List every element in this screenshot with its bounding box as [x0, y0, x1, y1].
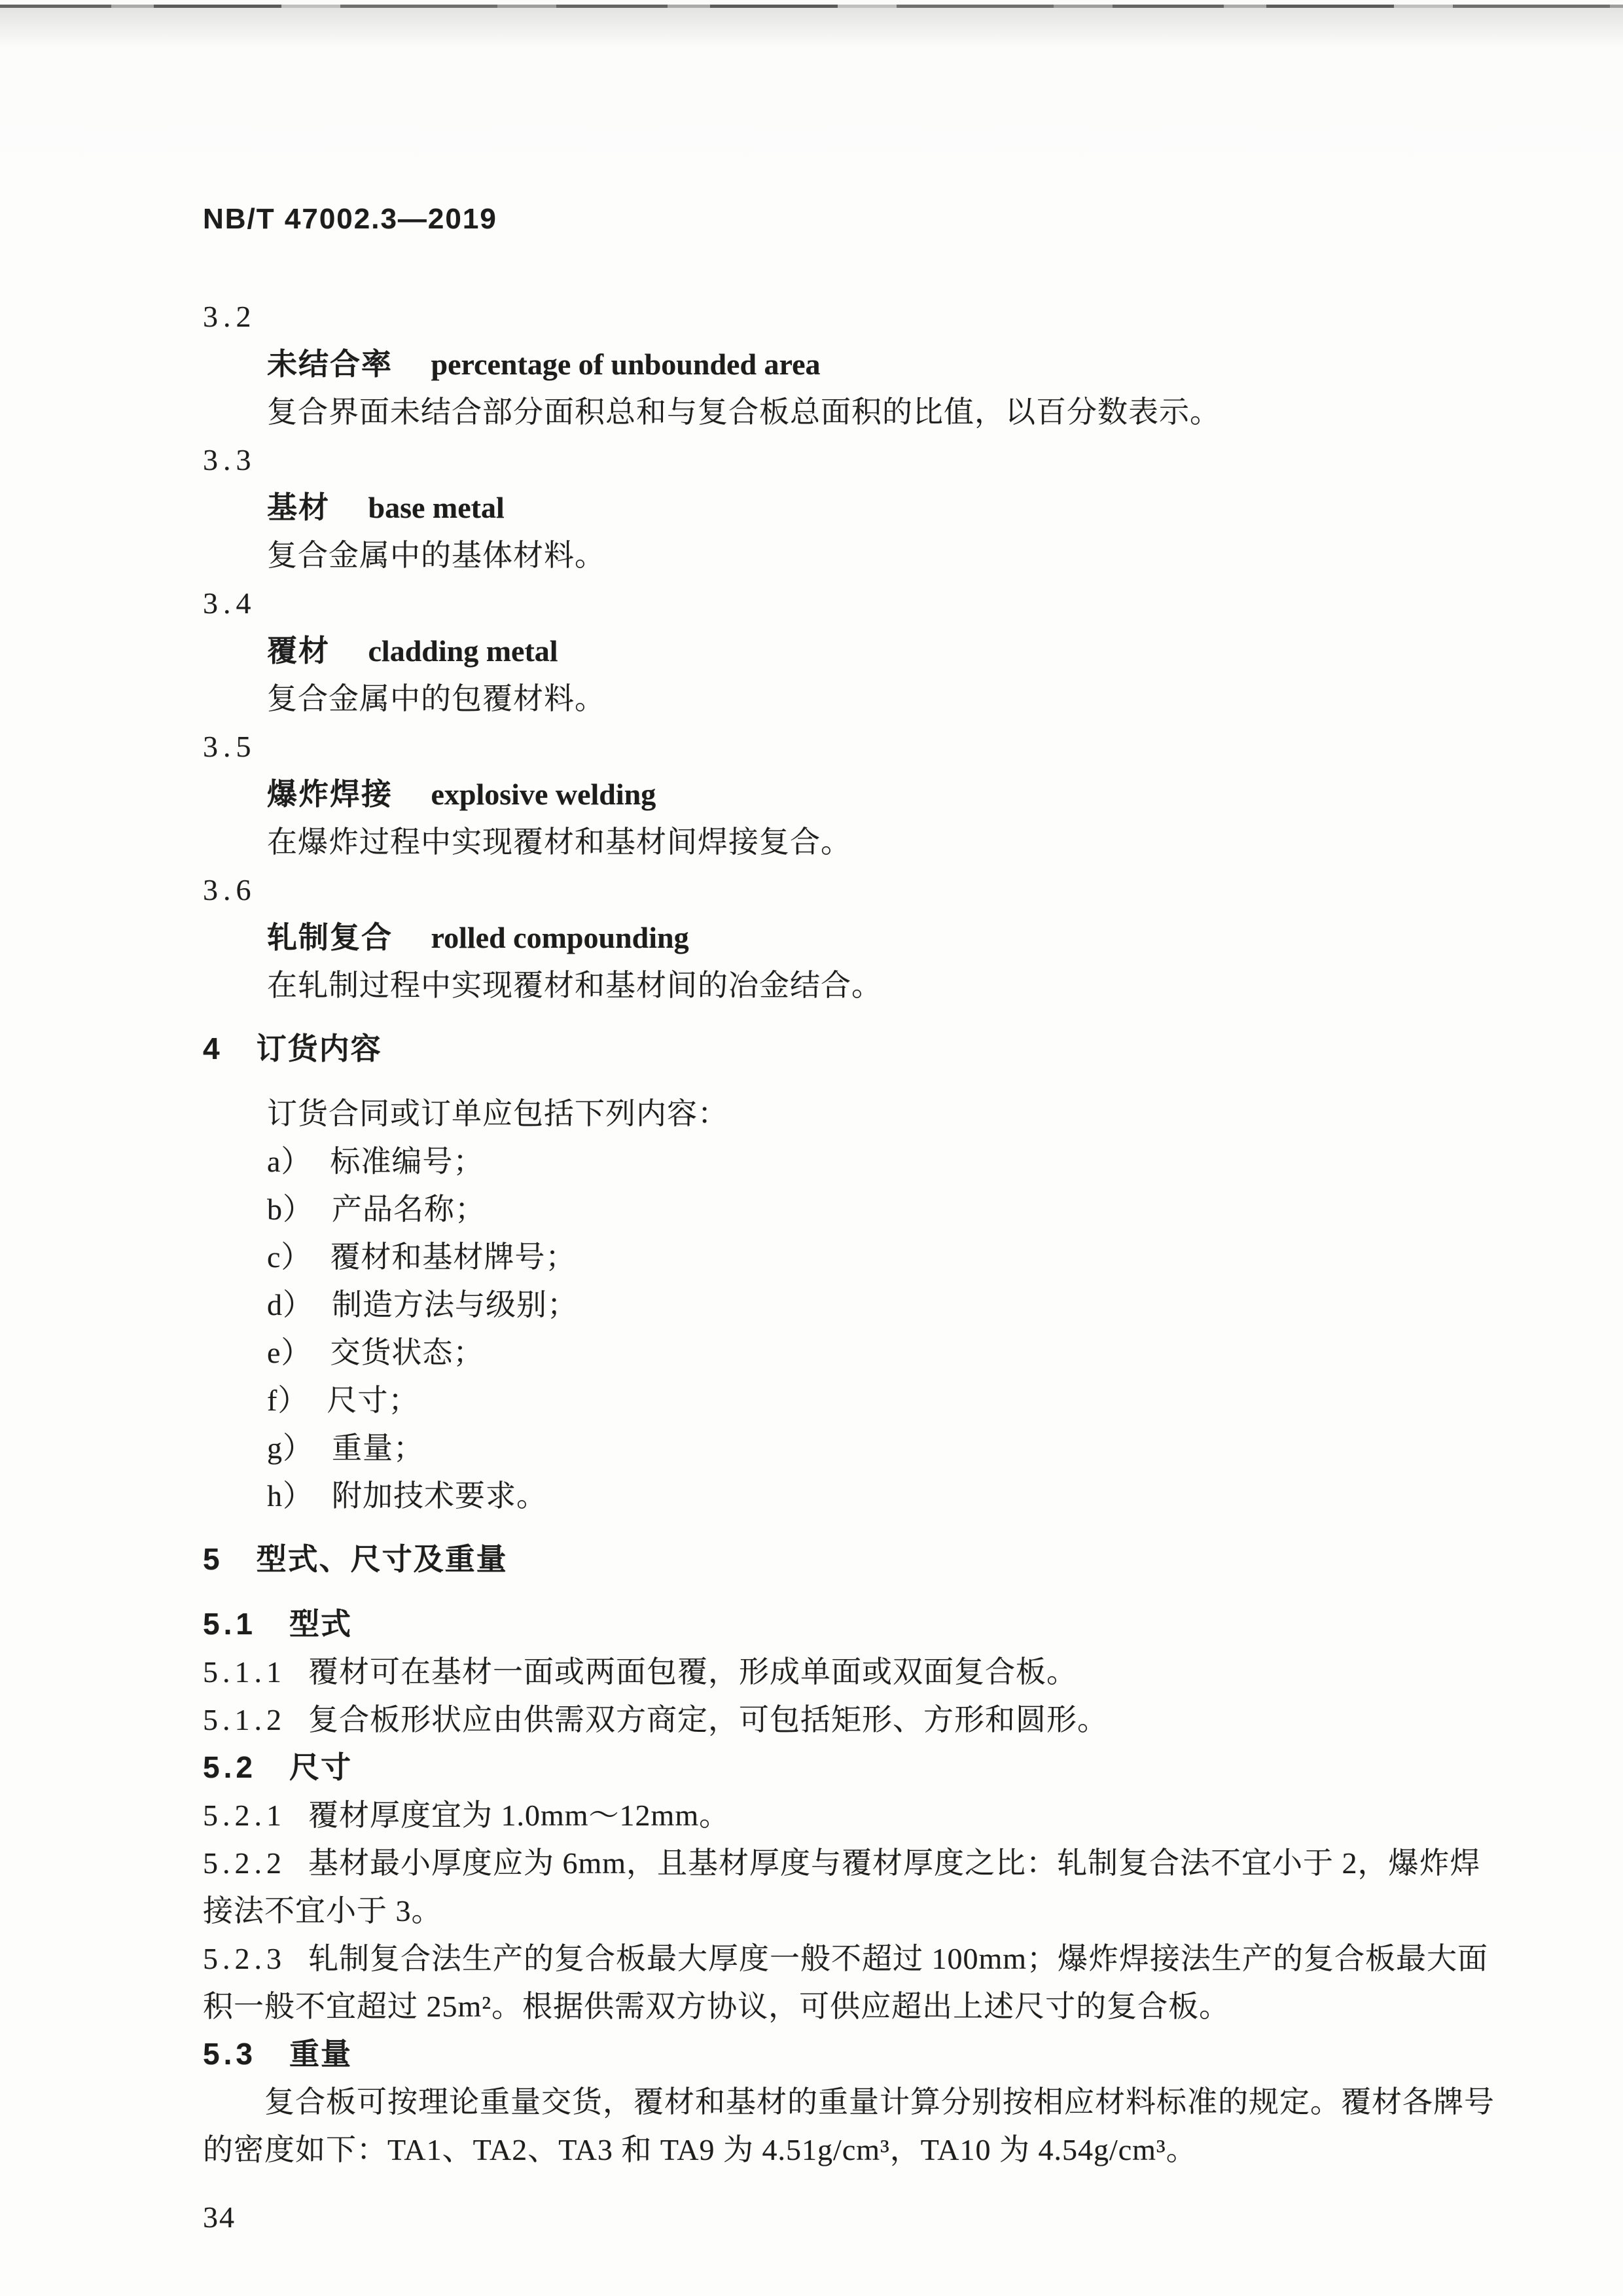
- term-line: 覆材 cladding metal: [203, 627, 1495, 675]
- term-definition: 复合金属中的包覆材料。: [203, 675, 1495, 723]
- section-title: 订货内容: [257, 1031, 382, 1066]
- section-5-heading: 5型式、尺寸及重量: [203, 1535, 1495, 1583]
- section-number: 5: [203, 1542, 224, 1576]
- section-title: 型式、尺寸及重量: [257, 1542, 508, 1576]
- list-item-text: 重量；: [332, 1431, 424, 1465]
- term-definition: 在爆炸过程中实现覆材和基材间焊接复合。: [203, 818, 1495, 866]
- list-item-text: 尺寸；: [327, 1384, 419, 1417]
- term-section-3-3: 3.3 基材 base metal 复合金属中的基体材料。: [203, 436, 1495, 579]
- list-item-text: 附加技术要求。: [332, 1479, 547, 1513]
- term-chinese: 基材: [267, 490, 330, 524]
- term-chinese: 未结合率: [267, 347, 393, 381]
- list-item-g: g）重量；: [203, 1424, 1495, 1472]
- term-line: 轧制复合 rolled compounding: [203, 914, 1495, 961]
- list-item-label: c）: [267, 1240, 312, 1274]
- section-title: 尺寸: [289, 1750, 352, 1784]
- term-section-3-2: 3.2 未结合率 percentage of unbounded area 复合…: [203, 293, 1495, 436]
- standard-number-header: NB/T 47002.3—2019: [203, 195, 1495, 243]
- section-number: 4: [203, 1031, 224, 1066]
- term-section-3-4: 3.4 覆材 cladding metal 复合金属中的包覆材料。: [203, 579, 1495, 723]
- term-chinese: 爆炸焊接: [267, 777, 393, 811]
- clause-5-2-1: 5.2.1覆材厚度宜为 1.0mm～12mm。: [203, 1791, 1495, 1839]
- term-section-3-6: 3.6 轧制复合 rolled compounding 在轧制过程中实现覆材和基…: [203, 866, 1495, 1009]
- section-5-2-heading: 5.2尺寸: [203, 1744, 1495, 1791]
- list-item-label: a）: [267, 1145, 312, 1178]
- list-item-label: f）: [267, 1384, 308, 1417]
- list-item-text: 交货状态；: [330, 1336, 484, 1369]
- list-item-e: e）交货状态；: [203, 1329, 1495, 1376]
- term-english: explosive welding: [431, 778, 656, 811]
- clause-5-2-2: 5.2.2基材最小厚度应为 6mm，且基材厚度与覆材厚度之比：轧制复合法不宜小于…: [203, 1839, 1495, 1935]
- term-chinese: 轧制复合: [267, 920, 393, 954]
- section-number: 5.3: [203, 2037, 257, 2071]
- term-section-3-5: 3.5 爆炸焊接 explosive welding 在爆炸过程中实现覆材和基材…: [203, 723, 1495, 866]
- section-title: 重量: [289, 2037, 352, 2071]
- term-definition: 复合界面未结合部分面积总和与复合板总面积的比值，以百分数表示。: [203, 388, 1495, 436]
- clause-number: 5.2.3: [203, 1942, 286, 1975]
- section-4-intro: 订货合同或订单应包括下列内容：: [203, 1090, 1495, 1138]
- list-item-b: b）产品名称；: [203, 1185, 1495, 1233]
- section-number: 5.2: [203, 1750, 257, 1784]
- clause-number: 5.1.1: [203, 1655, 286, 1689]
- page-number: 34: [203, 2193, 1495, 2241]
- term-chinese: 覆材: [267, 634, 330, 668]
- term-number: 3.5: [203, 723, 1495, 770]
- term-number: 3.4: [203, 579, 1495, 627]
- term-number: 3.3: [203, 436, 1495, 484]
- term-number: 3.6: [203, 866, 1495, 914]
- clause-text: 覆材厚度宜为 1.0mm～12mm。: [308, 1799, 730, 1832]
- clause-text: 复合板形状应由供需双方商定，可包括矩形、方形和圆形。: [308, 1703, 1108, 1736]
- term-english: base metal: [368, 491, 505, 524]
- scan-artifact-top-shadow: [0, 8, 1623, 47]
- list-item-text: 覆材和基材牌号；: [330, 1240, 576, 1274]
- clause-text: 轧制复合法生产的复合板最大厚度一般不超过 100mm；爆炸焊接法生产的复合板最大…: [203, 1942, 1488, 2023]
- list-item-label: e）: [267, 1336, 312, 1369]
- list-item-label: d）: [267, 1288, 313, 1321]
- clause-5-1-1: 5.1.1覆材可在基材一面或两面包覆，形成单面或双面复合板。: [203, 1648, 1495, 1696]
- list-item-f: f）尺寸；: [203, 1376, 1495, 1424]
- section-5-1-heading: 5.1型式: [203, 1600, 1495, 1648]
- section-5-3-paragraph: 复合板可按理论重量交货，覆材和基材的重量计算分别按相应材料标准的规定。覆材各牌号…: [203, 2078, 1495, 2174]
- list-item-label: g）: [267, 1431, 313, 1465]
- document-page: NB/T 47002.3—2019 3.2 未结合率 percentage of…: [0, 0, 1623, 2296]
- term-line: 未结合率 percentage of unbounded area: [203, 340, 1495, 388]
- section-title: 型式: [289, 1607, 352, 1641]
- clause-5-1-2: 5.1.2复合板形状应由供需双方商定，可包括矩形、方形和圆形。: [203, 1696, 1495, 1744]
- list-item-text: 产品名称；: [332, 1193, 486, 1226]
- list-item-text: 标准编号；: [330, 1145, 484, 1178]
- list-item-d: d）制造方法与级别；: [203, 1281, 1495, 1329]
- list-item-text: 制造方法与级别；: [332, 1288, 578, 1321]
- section-4-heading: 4订货内容: [203, 1025, 1495, 1073]
- term-line: 基材 base metal: [203, 484, 1495, 531]
- list-item-h: h）附加技术要求。: [203, 1472, 1495, 1520]
- page-content: NB/T 47002.3—2019 3.2 未结合率 percentage of…: [203, 195, 1495, 2241]
- term-english: rolled compounding: [431, 921, 689, 954]
- term-definition: 复合金属中的基体材料。: [203, 531, 1495, 579]
- section-5-3-heading: 5.3重量: [203, 2030, 1495, 2078]
- clause-number: 5.2.2: [203, 1846, 286, 1880]
- term-english: cladding metal: [368, 634, 558, 668]
- clause-text: 覆材可在基材一面或两面包覆，形成单面或双面复合板。: [308, 1655, 1077, 1689]
- list-item-a: a）标准编号；: [203, 1138, 1495, 1185]
- term-definition: 在轧制过程中实现覆材和基材间的冶金结合。: [203, 961, 1495, 1009]
- term-line: 爆炸焊接 explosive welding: [203, 770, 1495, 818]
- list-item-label: b）: [267, 1193, 313, 1226]
- clause-number: 5.1.2: [203, 1703, 286, 1736]
- term-english: percentage of unbounded area: [431, 348, 821, 381]
- list-item-c: c）覆材和基材牌号；: [203, 1233, 1495, 1281]
- clause-5-2-3: 5.2.3轧制复合法生产的复合板最大厚度一般不超过 100mm；爆炸焊接法生产的…: [203, 1935, 1495, 2030]
- clause-number: 5.2.1: [203, 1799, 286, 1832]
- list-item-label: h）: [267, 1479, 313, 1513]
- clause-text: 基材最小厚度应为 6mm，且基材厚度与覆材厚度之比：轧制复合法不宜小于 2，爆炸…: [203, 1846, 1481, 1928]
- section-number: 5.1: [203, 1607, 257, 1641]
- term-number: 3.2: [203, 293, 1495, 340]
